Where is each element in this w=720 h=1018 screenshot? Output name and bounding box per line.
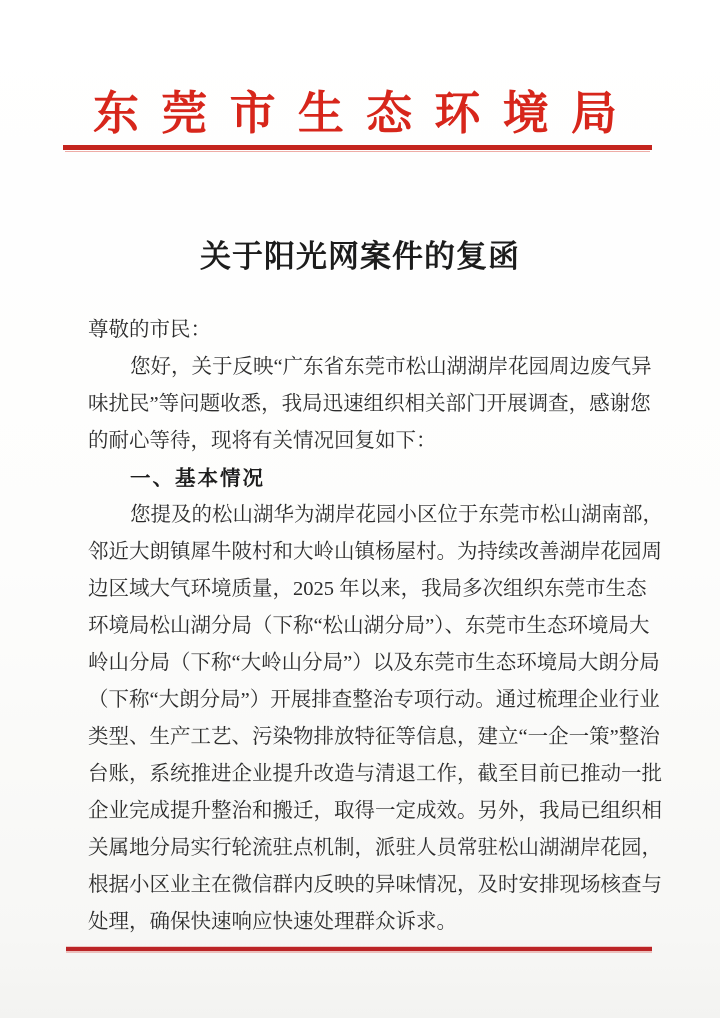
body-line: 关属地分局实行轮流驻点机制，派驻人员常驻松山湖湖岸花园， [88,830,634,867]
agency-letterhead-title: 东 莞 市 生 态 环 境 局 [93,88,617,142]
body-line: 味扰民”等问题收悉，我局迅速组织相关部门开展调查，感谢您 [88,386,634,423]
body-line: 企业完成提升整治和搬迁，取得一定成效。另外，我局已组织相 [88,793,634,830]
body-line: 您提及的松山湖华为湖岸花园小区位于东莞市松山湖南部， [88,497,634,534]
body-line: 类型、生产工艺、污染物排放特征等信息，建立“一企一策”整治 [88,719,634,756]
section-heading: 一、基本情况 [88,460,634,497]
body-line: （下称“大朗分局”）开展排查整治专项行动。通过梳理企业行业 [88,682,634,719]
body-line: 的耐心等待，现将有关情况回复如下： [88,423,634,460]
body-line: 邻近大朗镇犀牛陂村和大岭山镇杨屋村。为持续改善湖岸花园周 [88,534,634,571]
body-line: 环境局松山湖分局（下称“松山湖分局”）、东莞市生态环境局大 [88,608,634,645]
body-line: 台账，系统推进企业提升改造与清退工作，截至目前已推动一批 [88,756,634,793]
body-line: 边区域大气环境质量，2025 年以来，我局多次组织东莞市生态 [88,571,634,608]
footer-red-divider [66,947,652,951]
salutation-line: 尊敬的市民： [88,312,634,349]
official-letter-page: 东 莞 市 生 态 环 境 局 关于阳光网案件的复函 尊敬的市民： 您好，关于反… [0,0,720,1018]
body-line: 您好，关于反映“广东省东莞市松山湖湖岸花园周边废气异 [88,349,634,386]
body-line: 根据小区业主在微信群内反映的异味情况，及时安排现场核查与 [88,867,634,904]
letter-body: 尊敬的市民： 您好，关于反映“广东省东莞市松山湖湖岸花园周边废气异 味扰民”等问… [88,312,634,941]
body-line: 处理，确保快速响应快速处理群众诉求。 [88,904,634,941]
letterhead-red-divider [63,145,652,150]
letter-title: 关于阳光网案件的复函 [0,231,720,276]
body-line: 岭山分局（下称“大岭山分局”）以及东莞市生态环境局大朗分局 [88,645,634,682]
